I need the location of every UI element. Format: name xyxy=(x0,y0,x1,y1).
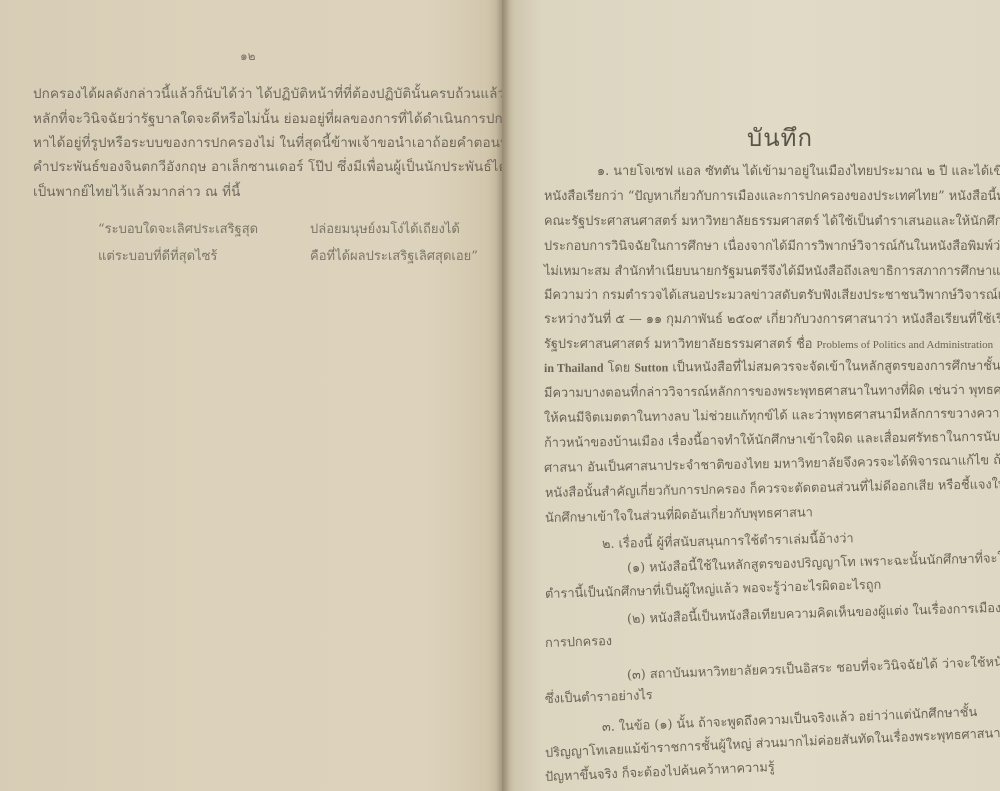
text-line: ไม่เหมาะสม สำนักทำเนียบนายกรัฐมนตรีจึงได… xyxy=(544,260,1000,281)
text-line: มีความว่า กรมตำรวจได้เสนอประมวลข่าวสดับต… xyxy=(544,284,1000,305)
text-line: การปกครอง xyxy=(545,630,613,653)
text-line: ๑. นายโจเซฟ แอล ซัทตัน ได้เข้ามาอยู่ในเม… xyxy=(597,160,1000,181)
text-line: ศาสนา อันเป็นศาสนาประจำชาติของไทย มหาวิท… xyxy=(544,448,1000,478)
paragraph-line: เป็นพากย์ไทยไว้แล้วมากล่าว ณ ที่นี้ xyxy=(33,180,240,202)
text-line: in Thailand โดย Sutton เป็นหนังสือที่ไม่… xyxy=(544,354,1000,378)
english-title-segment: Problems of Politics and Administration xyxy=(817,339,994,351)
quote-line: แต่ระบอบที่ดีที่สุดไซร้ xyxy=(98,245,258,266)
book-spread: ๑๒ ปกครองได้ผลดังกล่าวนี้แล้วก็นับได้ว่า… xyxy=(0,0,1000,791)
text-line: ซึ่งเป็นตำราอย่างไร xyxy=(545,684,653,709)
text-line: ก้าวหน้าของบ้านเมือง เรื่องนี้อาจทำให้นั… xyxy=(544,425,1000,453)
english-title-segment: in Thailand xyxy=(544,361,604,375)
text-line: มีความบางตอนที่กล่าววิจารณ์หลักการของพระ… xyxy=(544,378,1000,403)
text-line: นักศึกษาเข้าใจในส่วนที่ผิดอันเกี่ยวกับพุ… xyxy=(545,501,813,528)
quote-line: “ระบอบใดจะเลิศประเสริฐสุด xyxy=(98,218,258,239)
text-line: หนังสือเรียกว่า “ปัญหาเกี่ยวกับการเมืองแ… xyxy=(544,185,1000,206)
right-page: บันทึก ๑. นายโจเซฟ แอล ซัทตัน ได้เข้ามาอ… xyxy=(502,0,1000,791)
text-line: ตำรานี้เป็นนักศึกษาที่เป็นผู้ใหญ่แล้ว พอ… xyxy=(545,574,882,604)
text-line: คณะรัฐประศาสนศาสตร์ มหาวิทยาลัยธรรมศาสตร… xyxy=(544,210,1000,231)
text-line: รัฐประศาสนศาสตร์ มหาวิทยาลัยธรรมศาสตร์ ช… xyxy=(544,333,993,354)
page-number: ๑๒ xyxy=(240,47,256,66)
paragraph-line: คำประพันธ์ของจินตกวีอังกฤษ อาเล็กซานเดอร… xyxy=(33,155,502,177)
text-line: ให้คนมีจิตเมตตาในทางลบ ไม่ช่วยแก้ทุกข์ได… xyxy=(544,402,1000,428)
text-line: ประกอบการวินิจฉัยในการศึกษา เนื่องจากได้… xyxy=(544,235,1000,256)
text-line: หนังสือนั้นสำคัญเกี่ยวกับการปกครอง ก็ควร… xyxy=(545,473,1000,503)
quote-left-column: “ระบอบใดจะเลิศประเสริฐสุด แต่ระบอบที่ดีท… xyxy=(98,218,258,266)
paragraph-line: หลักที่จะวินิจฉัยว่ารัฐบาลใดจะดีหรือไม่น… xyxy=(33,107,502,129)
text-line: ระหว่างวันที่ ๕ — ๑๑ กุมภาพันธ์ ๒๕๐๙ เกี… xyxy=(544,308,1000,329)
text-segment: เป็นหนังสือที่ไม่สมควรจะจัดเข้าในหลักสูต… xyxy=(668,358,1000,375)
paragraph-line: หาได้อยู่ที่รูปหรือระบบของการปกครองไม่ ใ… xyxy=(33,131,502,153)
paragraph-line: ปกครองได้ผลดังกล่าวนี้แล้วก็นับได้ว่า ได… xyxy=(33,82,502,104)
text-line: ๒. เรื่องนี้ ผู้ที่สนับสนุนการใช้ตำราเล่… xyxy=(602,527,854,554)
text-line: (๒) หนังสือนี้เป็นหนังสือเทียบความคิดเห็… xyxy=(627,596,1000,629)
quote-line: ปล่อยมนุษย์งมโง่ได้เถียงได้ xyxy=(310,218,478,239)
section-heading: บันทึก xyxy=(747,118,813,157)
quote-line: คือที่ได้ผลประเสริฐเลิศสุดเอย” xyxy=(310,245,478,266)
quote-right-column: ปล่อยมนุษย์งมโง่ได้เถียงได้ คือที่ได้ผลป… xyxy=(310,218,478,266)
author-name: Sutton xyxy=(634,360,668,374)
text-segment: รัฐประศาสนศาสตร์ มหาวิทยาลัยธรรมศาสตร์ ช… xyxy=(544,337,817,352)
text-line: (๓) สถาบันมหาวิทยาลัยควรเป็นอิสระ ชอบที่… xyxy=(627,650,1000,685)
text-segment: โดย xyxy=(603,361,634,376)
left-page: ๑๒ ปกครองได้ผลดังกล่าวนี้แล้วก็นับได้ว่า… xyxy=(0,0,502,791)
